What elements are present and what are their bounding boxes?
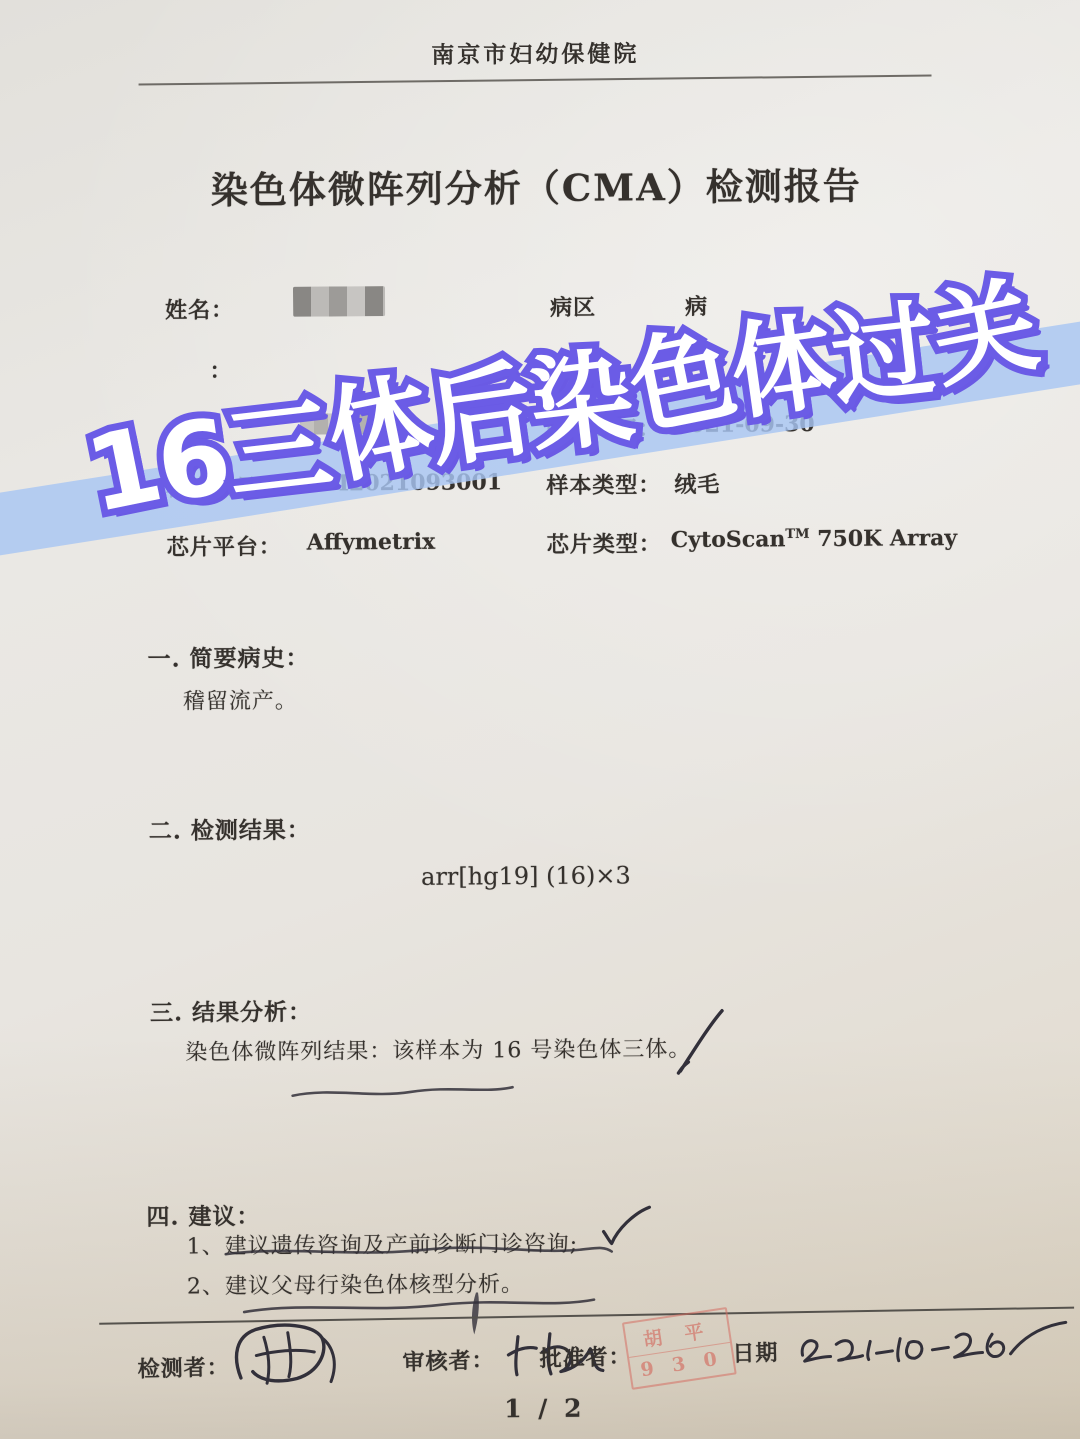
reviewer-label: 审核者： xyxy=(402,1343,495,1376)
chip-type-label: 芯片类型： xyxy=(547,527,662,559)
sample-type-value: 绒毛 xyxy=(674,468,720,499)
handwritten-slash-mark xyxy=(672,1007,733,1079)
overlay-char: 体 xyxy=(720,277,842,440)
ink-smudge xyxy=(462,1290,492,1338)
page-number: 1 / 2 xyxy=(5,1390,1080,1427)
footer-row: 检测者： 审核者： 批准者： 胡 平 9 3 0 日期 xyxy=(0,0,1049,15)
section2-heading: 二. 检测结果： xyxy=(149,812,311,846)
hospital-name: 南京市妇幼保健院 xyxy=(0,32,1075,73)
section1-heading: 一. 简要病史： xyxy=(147,640,309,674)
handwritten-date xyxy=(795,1308,1080,1377)
handwritten-underline-result xyxy=(291,1082,517,1104)
approver-label: 批准者： xyxy=(539,1340,632,1373)
section3-heading: 三. 结果分析： xyxy=(150,994,312,1028)
header-rule xyxy=(139,75,932,86)
platform-label: 芯片平台： xyxy=(167,530,282,562)
report-title: 染色体微阵列分析（CMA）检测报告 xyxy=(0,154,1076,216)
name-label: 姓名： xyxy=(165,293,234,324)
tester-signature xyxy=(225,1317,367,1397)
trademark-sup: TM xyxy=(785,527,809,542)
platform-value: Affymetrix xyxy=(307,529,436,556)
section3-body: 染色体微阵列结果：该样本为 16 号染色体三体。 xyxy=(185,1032,691,1067)
sample-type-label: 样本类型： xyxy=(546,468,661,500)
section4-heading: 四. 建议： xyxy=(146,1198,260,1232)
section1-body: 稽留流产。 xyxy=(183,684,298,716)
chip-type-value: CytoScanTM 750K Array xyxy=(671,525,958,553)
overlay-char: 后 xyxy=(417,325,539,488)
date-label: 日期 xyxy=(732,1336,779,1368)
approver-stamp: 胡 平 9 3 0 xyxy=(622,1307,737,1390)
tester-label: 检测者： xyxy=(137,1350,230,1383)
cma-result-formula: arr[hg19] (16)×3 xyxy=(421,861,631,890)
handwritten-underline-item1 xyxy=(224,1237,624,1264)
